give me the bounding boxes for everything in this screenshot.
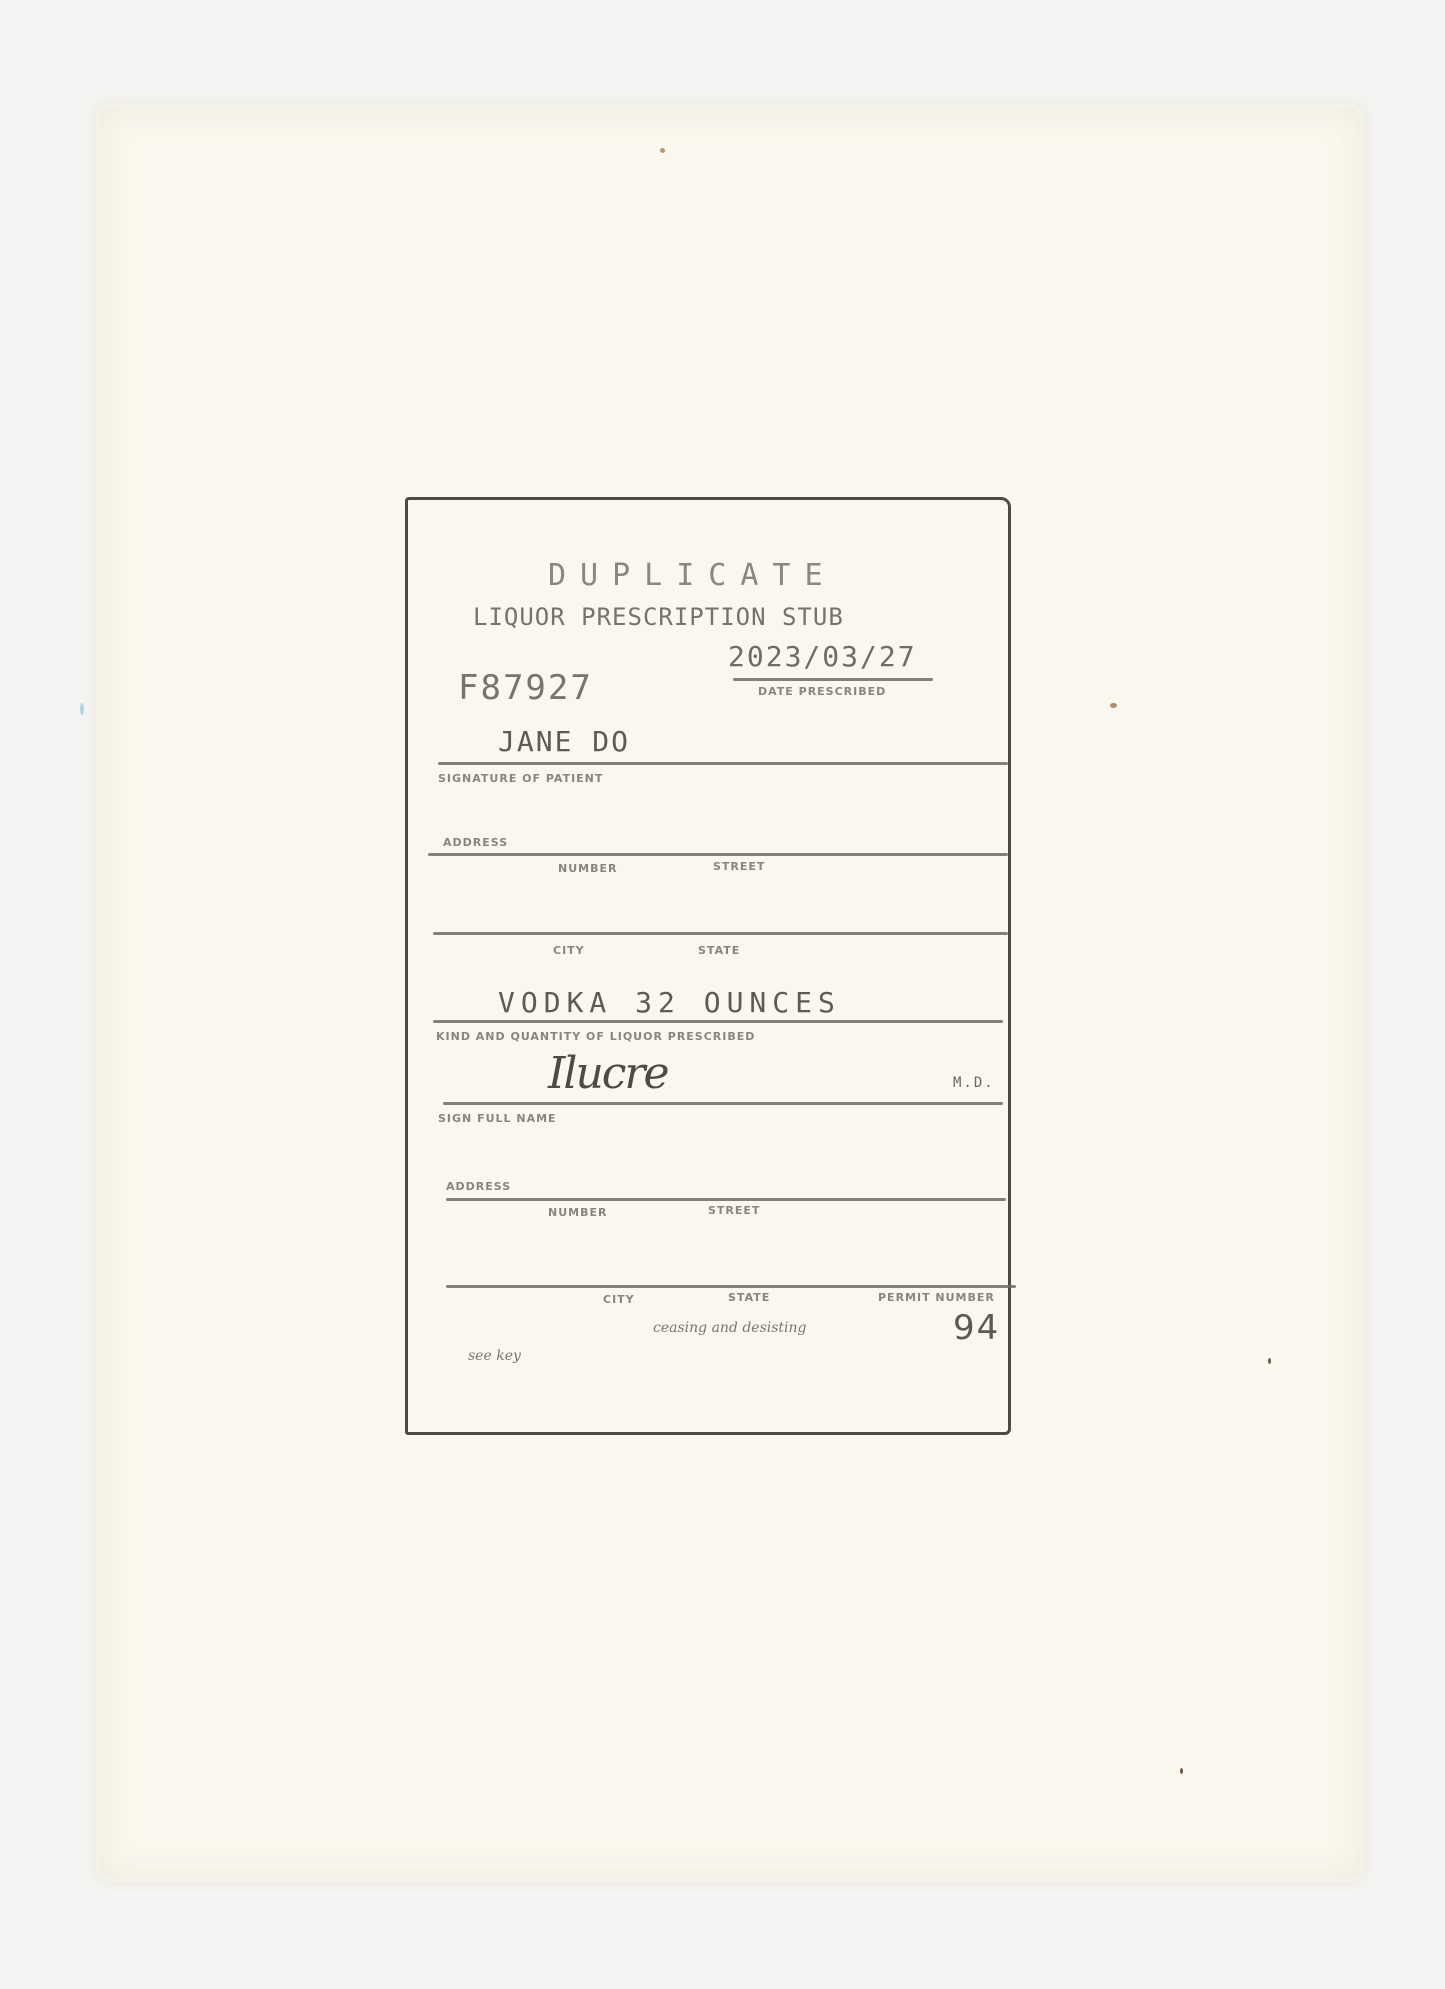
footer-number: 94 xyxy=(953,1308,1000,1348)
paper-speck xyxy=(1180,1768,1183,1774)
serial-number: F87927 xyxy=(458,668,593,708)
patient-signature-label: SIGNATURE OF PATIENT xyxy=(438,772,603,785)
date-underline xyxy=(733,678,933,681)
patient-name-line xyxy=(438,762,1008,765)
date-prescribed-value: 2023/03/27 xyxy=(728,640,917,673)
patient-name-value: JANE DO xyxy=(498,725,630,758)
physician-street-label: STREET xyxy=(708,1204,760,1217)
paper-speck xyxy=(1268,1358,1271,1364)
footer-scribble-note: ceasing and desisting xyxy=(653,1320,807,1336)
physician-signature-line xyxy=(443,1102,1003,1105)
physician-state-label: STATE xyxy=(728,1291,770,1304)
physician-number-label: NUMBER xyxy=(548,1206,607,1219)
patient-state-label: STATE xyxy=(698,944,740,957)
patient-city-label: CITY xyxy=(553,944,585,957)
patient-city-line xyxy=(433,932,1008,935)
footer-left-note: see key xyxy=(468,1348,521,1364)
patient-address-label: ADDRESS xyxy=(443,836,508,849)
physician-city-line xyxy=(446,1285,1016,1288)
prescription-stub-form: DUPLICATE LIQUOR PRESCRIPTION STUB F8792… xyxy=(405,497,1011,1435)
physician-address-label: ADDRESS xyxy=(446,1180,511,1193)
md-suffix: M.D. xyxy=(953,1075,995,1091)
prescription-value: VODKA 32 OUNCES xyxy=(498,986,841,1019)
patient-street-label: STREET xyxy=(713,860,765,873)
patient-number-label: NUMBER xyxy=(558,862,617,875)
paper-speck xyxy=(1110,703,1117,708)
physician-address-line xyxy=(446,1198,1006,1201)
physician-signature: Ilucre xyxy=(548,1048,668,1099)
date-prescribed-label: DATE PRESCRIBED xyxy=(758,685,886,698)
prescription-label: KIND AND QUANTITY OF LIQUOR PRESCRIBED xyxy=(436,1030,755,1043)
physician-city-label: CITY xyxy=(603,1293,635,1306)
duplicate-header: DUPLICATE xyxy=(548,558,837,593)
form-title: LIQUOR PRESCRIPTION STUB xyxy=(473,603,844,631)
physician-name-label: SIGN FULL NAME xyxy=(438,1112,557,1125)
physician-permit-label: PERMIT NUMBER xyxy=(878,1291,995,1304)
patient-address-line xyxy=(428,853,1008,856)
paper-speck xyxy=(80,703,84,715)
paper-speck xyxy=(660,148,665,153)
prescription-line xyxy=(433,1020,1003,1023)
